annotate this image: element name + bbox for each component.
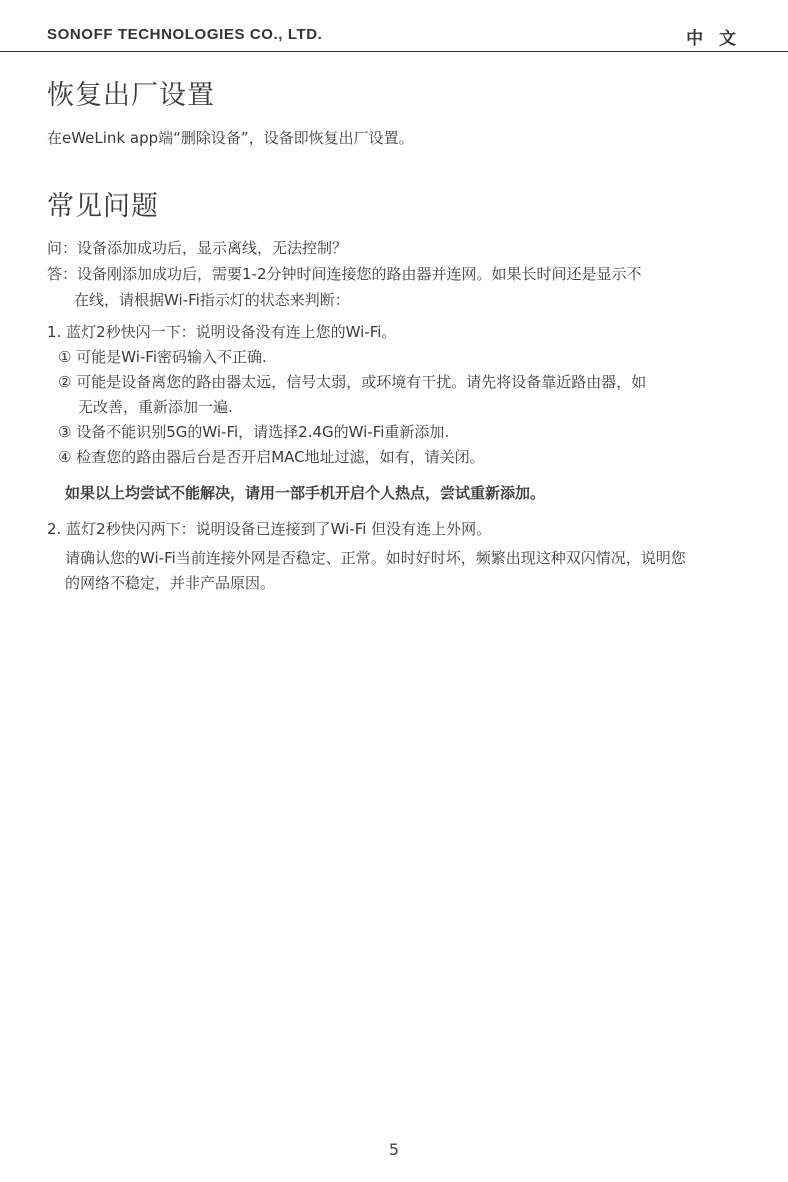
page-number: 5 xyxy=(0,1140,788,1159)
item1-note: 如果以上均尝试不能解决，请用一部手机开启个人热点，尝试重新添加。 xyxy=(65,480,545,506)
item1-sub2-line2: 无改善，重新添加一遍. xyxy=(78,394,233,420)
language-label: 中 文 xyxy=(686,24,741,49)
item1-title: 1. 蓝灯2秒快闪一下：说明设备没有连上您的Wi-Fi。 xyxy=(47,319,396,345)
item1-sub4: ④ 检查您的路由器后台是否开启MAC地址过滤，如有，请关闭。 xyxy=(58,444,485,470)
item1-sub3: ③ 设备不能识别5G的Wi-Fi，请选择2.4G的Wi-Fi重新添加. xyxy=(58,419,449,445)
page-header: SONOFF TECHNOLOGIES CO., LTD. 中 文 xyxy=(0,0,788,52)
faq-answer-line2: 在线，请根据Wi-Fi指示灯的状态来判断： xyxy=(74,287,350,313)
item1-sub2-line1: ② 可能是设备离您的路由器太远，信号太弱，或环境有干扰。请先将设备靠近路由器，如 xyxy=(58,369,646,395)
item2-text-line1: 请确认您的Wi-Fi当前连接外网是否稳定、正常。如时好时坏，频繁出现这种双闪情况… xyxy=(65,545,686,571)
faq-title: 常见问题 xyxy=(47,184,159,223)
item2-title: 2. 蓝灯2秒快闪两下：说明设备已连接到了Wi-Fi 但没有连上外网。 xyxy=(47,516,491,542)
factory-reset-title: 恢复出厂设置 xyxy=(47,73,215,112)
item2-text-line2: 的网络不稳定，并非产品原因。 xyxy=(65,570,275,596)
faq-answer-line1: 答：设备刚添加成功后，需要1-2分钟时间连接您的路由器并连网。如果长时间还是显示… xyxy=(47,261,642,287)
faq-question: 问：设备添加成功后，显示离线，无法控制？ xyxy=(47,235,347,261)
factory-reset-text: 在eWeLink app端“删除设备”，设备即恢复出厂设置。 xyxy=(47,125,414,151)
company-name: SONOFF TECHNOLOGIES CO., LTD. xyxy=(47,26,322,43)
item1-sub1: ① 可能是Wi-Fi密码输入不正确. xyxy=(58,344,267,370)
